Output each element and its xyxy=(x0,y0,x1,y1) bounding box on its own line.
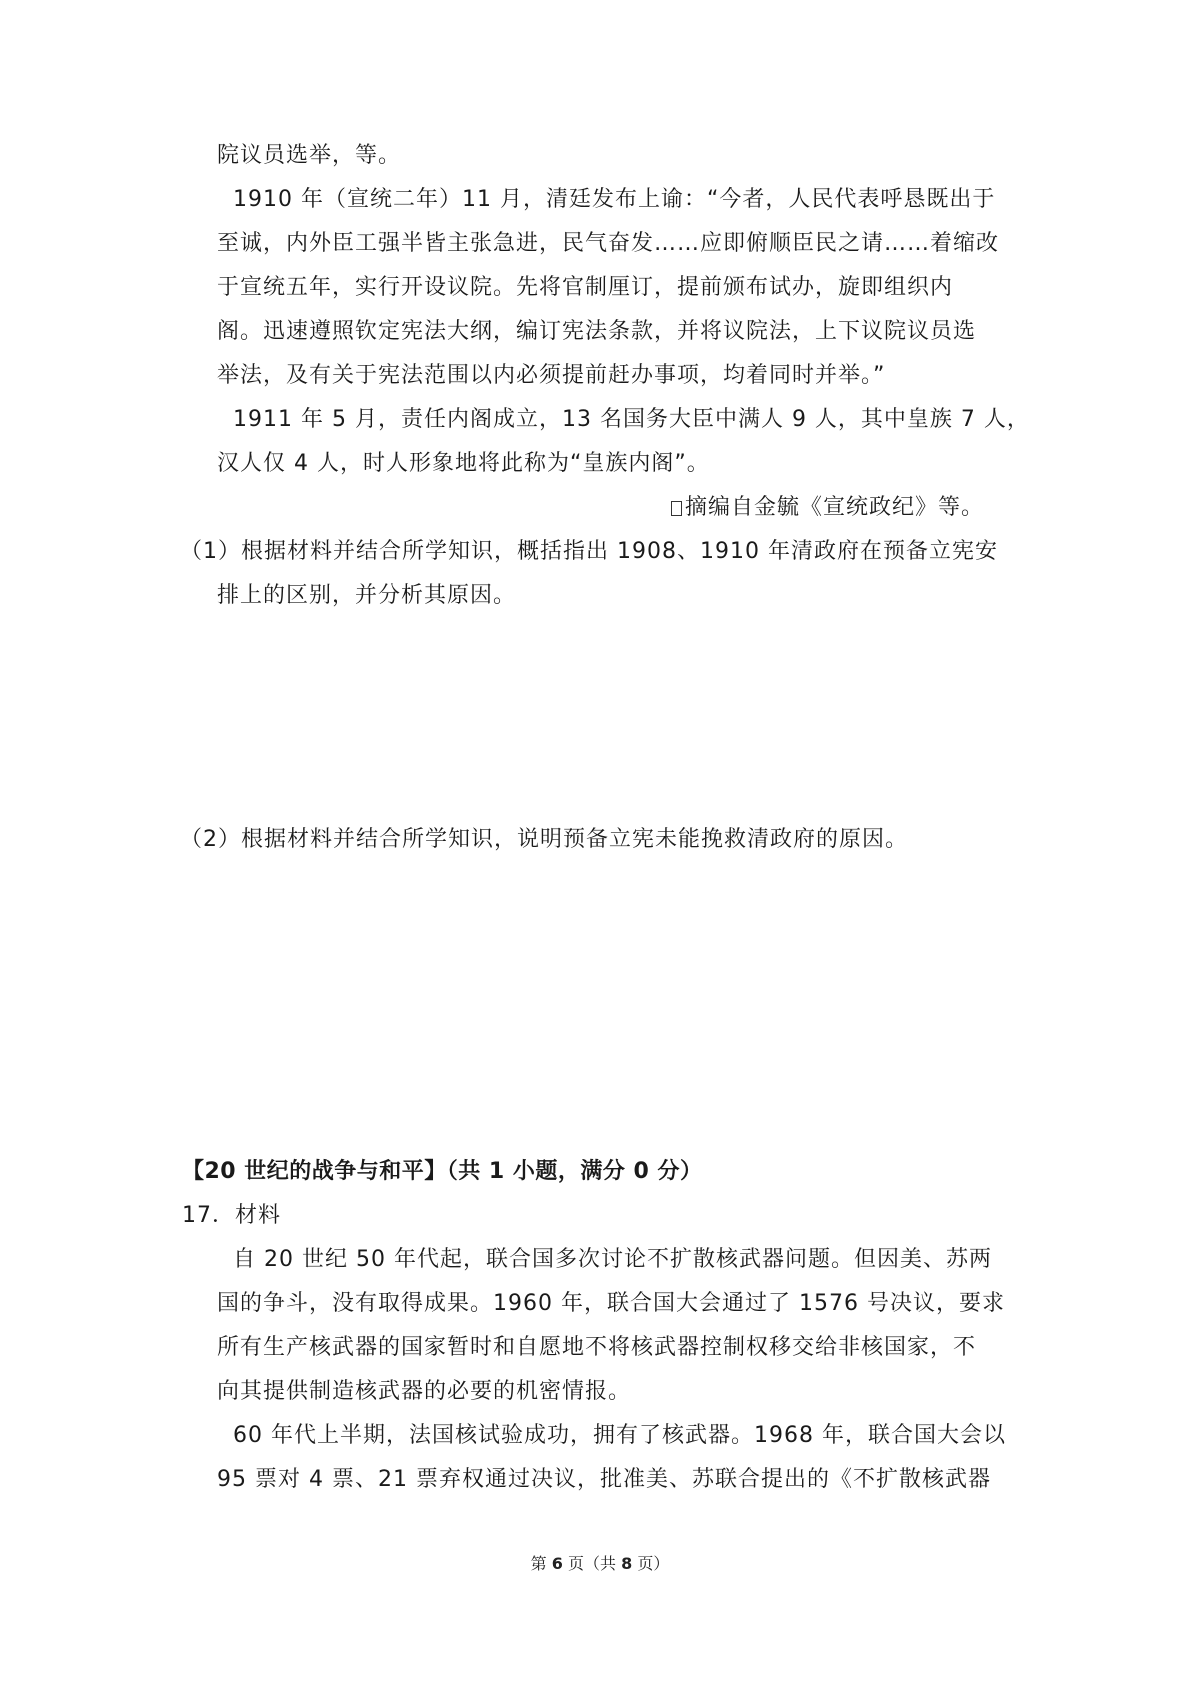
material-line: 1910 年（宣统二年）11 月，清廷发布上谕：“今者，人民代表呼恳既出于 xyxy=(233,185,995,215)
material-line: 至诚，内外臣工强半皆主张急进，民气奋发……应即俯顺臣民之请……着缩改 xyxy=(217,229,999,259)
footer-suffix: 页） xyxy=(637,1554,669,1573)
source-text: 摘编自金毓《宣统政纪》等。 xyxy=(685,495,984,520)
question-17-header: 17．材料 xyxy=(182,1201,281,1231)
page-footer: 第 6 页（共 8 页） xyxy=(0,1552,1200,1576)
missing-glyph-icon xyxy=(671,501,682,516)
sub-question-text: 根据材料并结合所学知识，说明预备立宪未能挽救清政府的原因。 xyxy=(241,827,908,852)
question-number: 17． xyxy=(182,1203,235,1228)
material-line: 所有生产核武器的国家暂时和自愿地不将核武器控制权移交给非核国家，不 xyxy=(217,1333,976,1363)
material-line: 汉人仅 4 人，时人形象地将此称为“皇族内阁”。 xyxy=(217,449,710,479)
material-line: 1911 年 5 月，责任内阁成立，13 名国务大臣中满人 9 人，其中皇族 7… xyxy=(233,405,1030,435)
section-heading: 【20 世纪的战争与和平】（共 1 小题，满分 0 分） xyxy=(182,1157,703,1187)
material-source: 摘编自金毓《宣统政纪》等。 xyxy=(671,493,984,523)
material-line: 于宣统五年，实行开设议院。先将官制厘订，提前颁布试办，旋即组织内 xyxy=(217,273,953,303)
footer-prefix: 第 xyxy=(531,1554,547,1573)
sub-question-2: （2）根据材料并结合所学知识，说明预备立宪未能挽救清政府的原因。 xyxy=(180,825,908,855)
sub-question-text: 根据材料并结合所学知识，概括指出 1908、1910 年清政府在预备立宪安 xyxy=(241,539,998,564)
total-pages-number: 8 xyxy=(621,1554,632,1573)
exam-page: 院议员选举，等。 1910 年（宣统二年）11 月，清廷发布上谕：“今者，人民代… xyxy=(0,0,1200,1698)
footer-middle: 页（共 xyxy=(568,1554,616,1573)
sub-question-1-line-2: 排上的区别，并分析其原因。 xyxy=(217,581,516,611)
material-line: 院议员选举，等。 xyxy=(217,141,401,171)
answer-space-1 xyxy=(180,620,1000,810)
material-line: 阁。迅速遵照钦定宪法大纲，编订宪法条款，并将议院法，上下议院议员选 xyxy=(217,317,976,347)
current-page-number: 6 xyxy=(552,1554,563,1573)
material-line: 国的争斗，没有取得成果。1960 年，联合国大会通过了 1576 号决议，要求 xyxy=(217,1289,1005,1319)
material-line: 60 年代上半期，法国核试验成功，拥有了核武器。1968 年，联合国大会以 xyxy=(233,1421,1006,1451)
material-line: 向其提供制造核武器的必要的机密情报。 xyxy=(217,1377,631,1407)
sub-question-1: （1）根据材料并结合所学知识，概括指出 1908、1910 年清政府在预备立宪安 xyxy=(180,537,998,567)
material-line: 自 20 世纪 50 年代起，联合国多次讨论不扩散核武器问题。但因美、苏两 xyxy=(233,1245,992,1275)
question-title: 材料 xyxy=(235,1203,281,1228)
sub-question-label: （2） xyxy=(180,827,241,852)
material-line: 举法，及有关于宪法范围以内必须提前赶办事项，均着同时并举。” xyxy=(217,361,885,391)
answer-space-2 xyxy=(180,870,1000,1140)
sub-question-label: （1） xyxy=(180,539,241,564)
material-line: 95 票对 4 票、21 票弃权通过决议，批准美、苏联合提出的《不扩散核武器 xyxy=(217,1465,991,1495)
